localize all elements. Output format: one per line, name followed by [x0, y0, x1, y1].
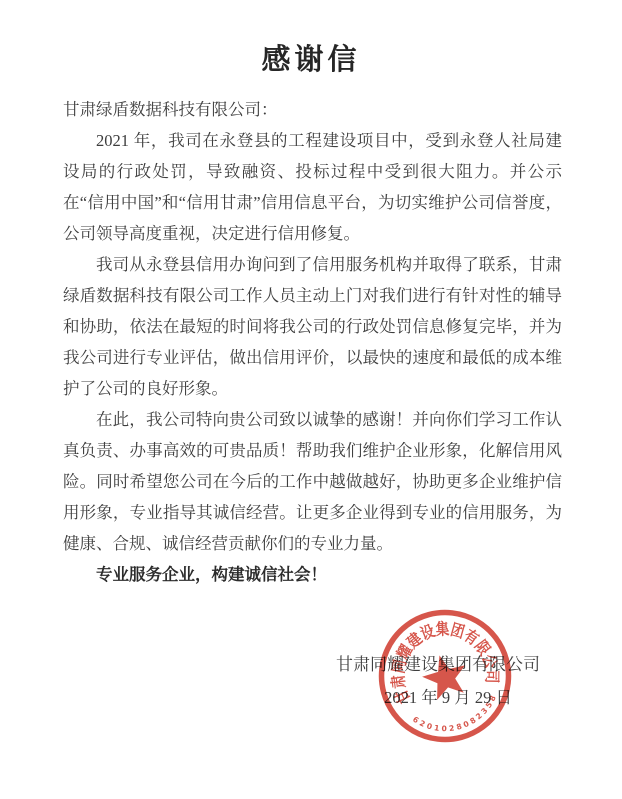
- company-seal: 甘肃同耀建设集团有限公司 6201028082358: [360, 591, 529, 760]
- seal-ring: [367, 598, 522, 753]
- paragraph-1: 2021 年，我司在永登县的工程建设项目中，受到永登人社局建设局的行政处罚，导致…: [63, 125, 562, 249]
- letter-title: 感谢信: [0, 0, 622, 76]
- seal-graphic: 甘肃同耀建设集团有限公司 6201028082358: [360, 591, 529, 760]
- paragraph-2: 我司从永登县信用办询问到了信用服务机构并取得了联系，甘肃绿盾数据科技有限公司工作…: [63, 249, 562, 404]
- slogan-line: 专业服务企业，构建诚信社会！: [63, 559, 562, 590]
- signature-company: 甘肃同耀建设集团有限公司: [0, 650, 540, 675]
- salutation: 甘肃绿盾数据科技有限公司：: [63, 94, 562, 125]
- paragraph-3: 在此，我公司特向贵公司致以诚挚的感谢！并向你们学习工作认真负责、办事高效的可贵品…: [63, 404, 562, 559]
- letter-page: 感谢信 甘肃绿盾数据科技有限公司： 2021 年，我司在永登县的工程建设项目中，…: [0, 0, 622, 799]
- letter-body: 甘肃绿盾数据科技有限公司： 2021 年，我司在永登县的工程建设项目中，受到永登…: [63, 94, 562, 590]
- signature-date: 2021 年 9 月 29 日: [0, 684, 512, 708]
